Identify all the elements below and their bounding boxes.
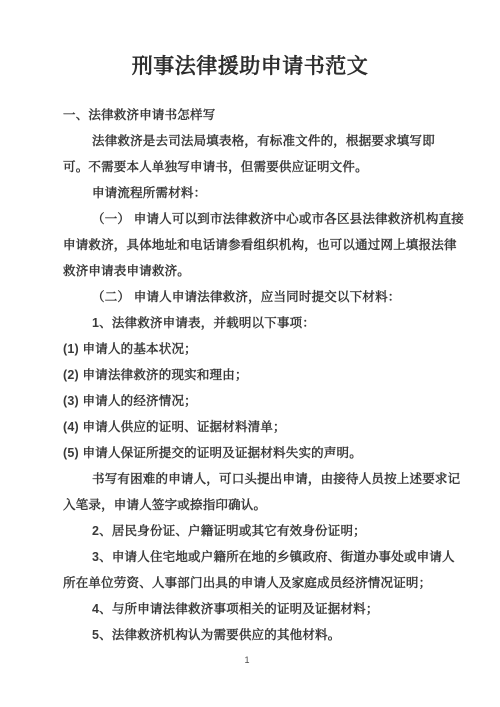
text-line: 申请救济，具体地址和电话请参看组织机构，也可以通过网上填报法律 [63, 232, 440, 258]
page-number: 1 [0, 653, 494, 667]
text-line: 5、法律救济机构认为需要供应的其他材料。 [63, 622, 440, 648]
text-line: (5) 申请人保证所提交的证明及证据材料失实的声明。 [63, 440, 440, 466]
text-line: 救济申请表申请救济。 [63, 258, 440, 284]
page-title: 刑事法律援助申请书范文 [0, 0, 500, 82]
text-line: (2) 申请法律救济的现实和理由； [63, 362, 440, 388]
document-body: 一、法律救济申请书怎样写 法律救济是去司法局填表格，有标准文件的，根据要求填写即… [63, 102, 440, 648]
text-line: 书写有困难的申请人，可口头提出申请，由接待人员按上述要求记 [63, 466, 440, 492]
text-line: (1) 申请人的基本状况； [63, 336, 440, 362]
text-line: （二） 申请人申请法律救济，应当同时提交以下材料： [63, 284, 440, 310]
document-page: 刑事法律援助申请书范文 一、法律救济申请书怎样写 法律救济是去司法局填表格，有标… [0, 0, 500, 707]
text-line: 申请流程所需材料： [63, 180, 440, 206]
text-line: 1、法律救济申请表，并载明以下事项： [63, 310, 440, 336]
text-line: 一、法律救济申请书怎样写 [63, 102, 440, 128]
text-line: 法律救济是去司法局填表格，有标准文件的，根据要求填写即 [63, 128, 440, 154]
text-line: (4) 申请人供应的证明、证据材料清单； [63, 414, 440, 440]
text-line: 4、与所申请法律救济事项相关的证明及证据材料； [63, 596, 440, 622]
text-line: (3) 申请人的经济情况； [63, 388, 440, 414]
text-line: 3、申请人住宅地或户籍所在地的乡镇政府、街道办事处或申请人 [63, 544, 440, 570]
text-line: 所在单位劳资、人事部门出具的申请人及家庭成员经济情况证明； [63, 570, 440, 596]
text-line: 可。不需要本人单独写申请书，但需要供应证明文件。 [63, 154, 440, 180]
text-line: 入笔录，申请人签字或捺指印确认。 [63, 492, 440, 518]
text-line: 2、居民身份证、户籍证明或其它有效身份证明； [63, 518, 440, 544]
text-line: （一） 申请人可以到市法律救济中心或市各区县法律救济机构直接 [63, 206, 440, 232]
